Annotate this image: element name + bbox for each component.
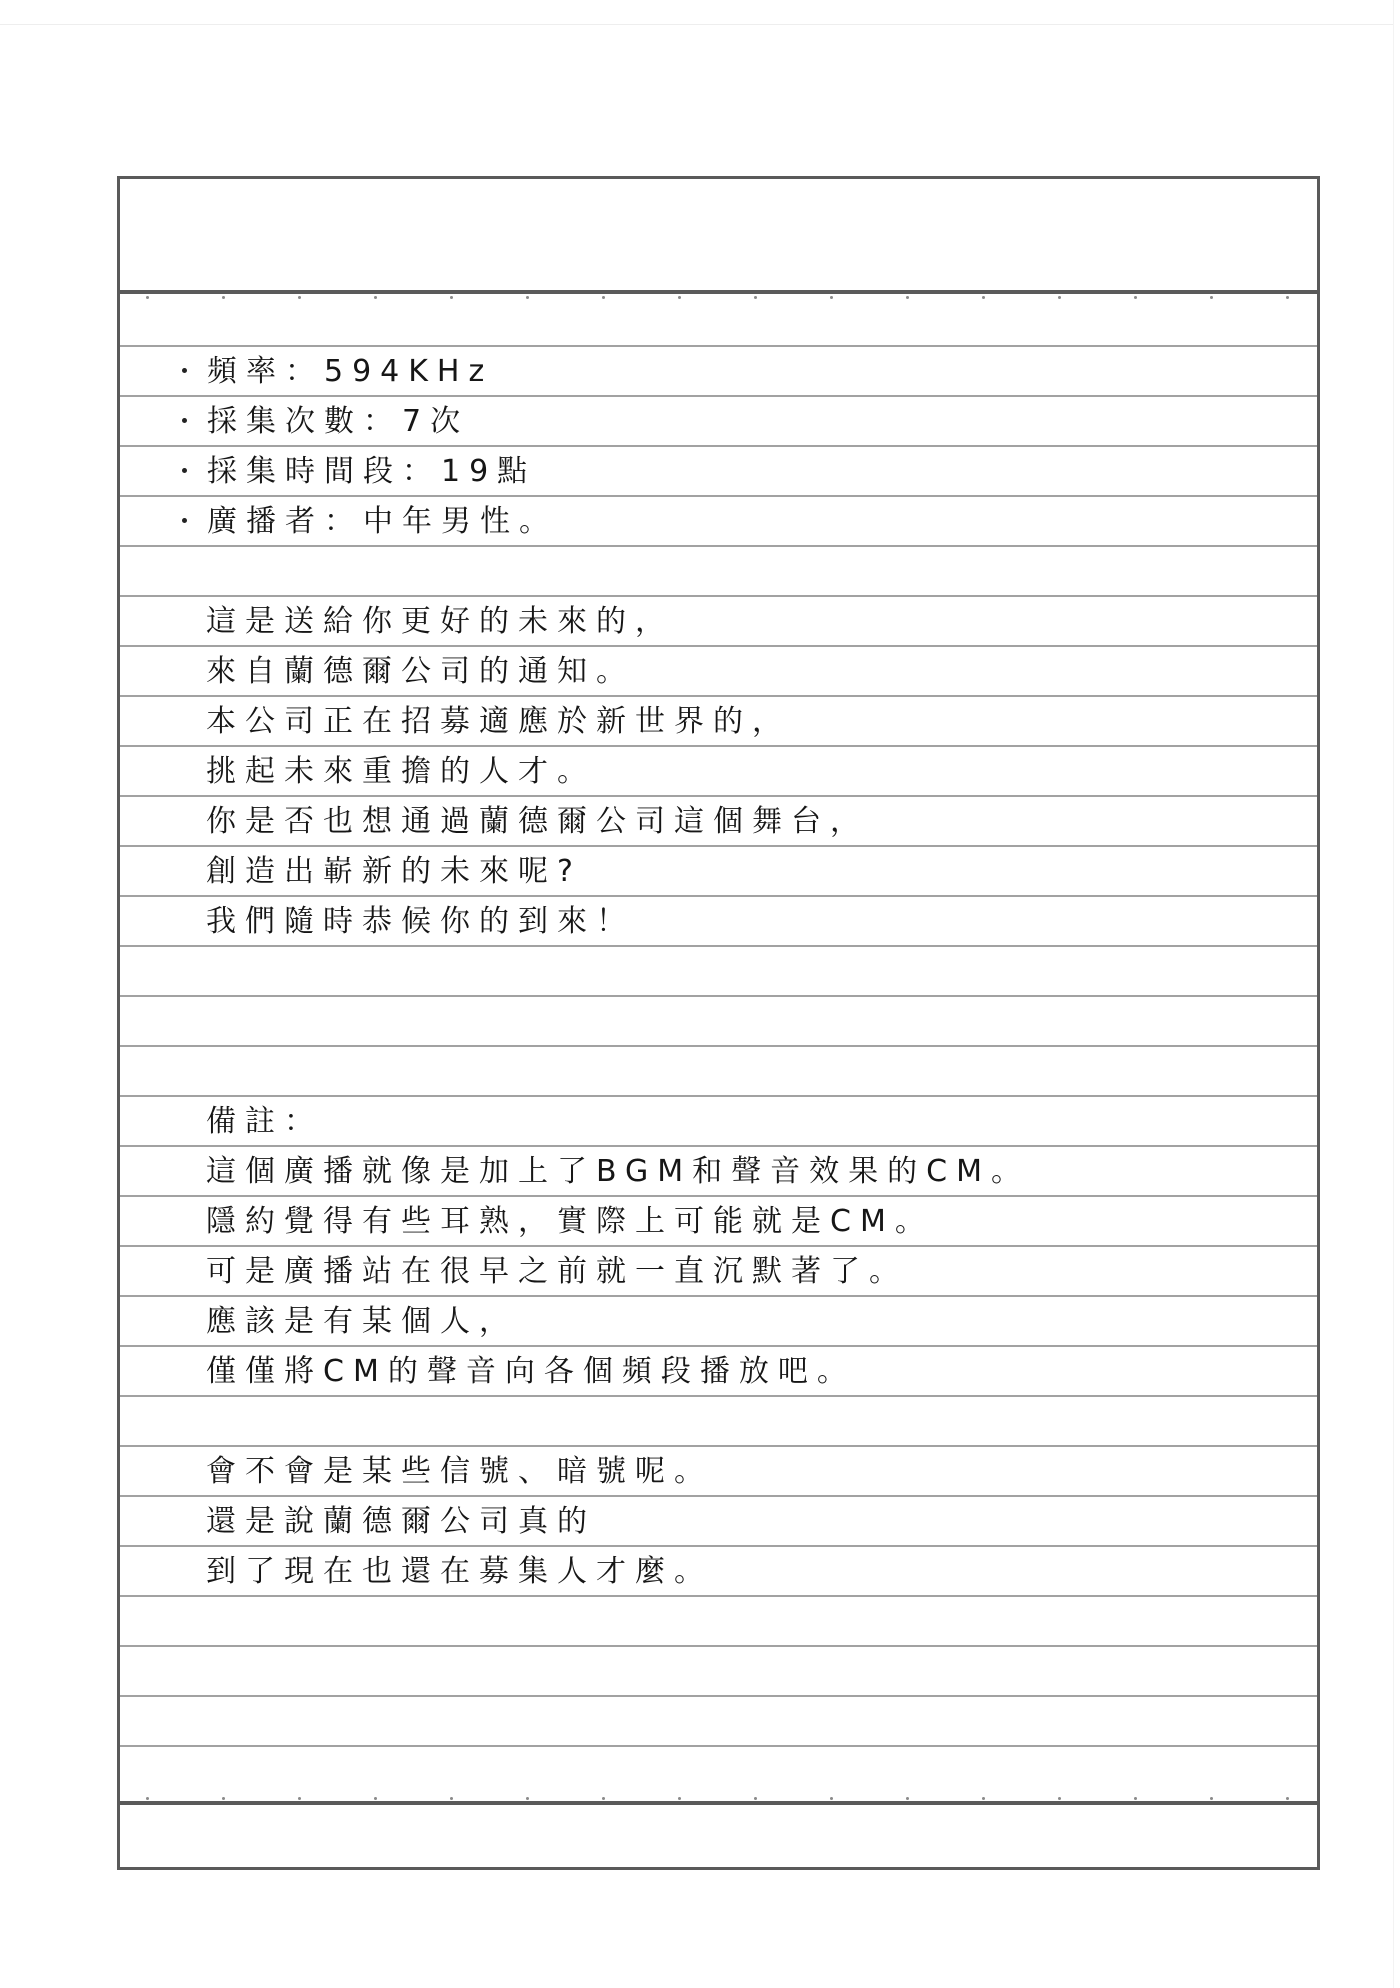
speculation-row: 會不會是某些信號、暗號呢。 bbox=[120, 1447, 1317, 1497]
tick-dot bbox=[602, 1797, 605, 1800]
ruled-row-empty bbox=[120, 547, 1317, 597]
notebook-page: 頻率：594KHz 採集次數：7次 採集時間段：19點 廣播者：中年男性。 這是… bbox=[117, 176, 1320, 1870]
tick-dot bbox=[1286, 1797, 1289, 1800]
ruled-row-empty bbox=[120, 1697, 1317, 1747]
tick-dot bbox=[1058, 1797, 1061, 1800]
ruled-row-empty bbox=[120, 1047, 1317, 1097]
tick-dot bbox=[830, 1797, 833, 1800]
speculation-row: 還是說蘭德爾公司真的 bbox=[120, 1497, 1317, 1547]
broadcast-row: 創造出嶄新的未來呢? bbox=[120, 847, 1317, 897]
broadcast-line: 本公司正在招募適應於新世界的， bbox=[206, 704, 791, 740]
info-row: 頻率：594KHz bbox=[120, 347, 1317, 397]
ruled-row-empty bbox=[120, 997, 1317, 1047]
speculation-line: 還是說蘭德爾公司真的 bbox=[206, 1504, 596, 1540]
notes-heading-row: 備註： bbox=[120, 1097, 1317, 1147]
tick-dot bbox=[450, 1797, 453, 1800]
notes-line: 這個廣播就像是加上了BGM和聲音效果的CM。 bbox=[206, 1154, 1030, 1190]
broadcast-line: 創造出嶄新的未來呢? bbox=[206, 854, 582, 890]
ruled-row-empty bbox=[120, 1397, 1317, 1447]
info-row: 採集次數：7次 bbox=[120, 397, 1317, 447]
tick-dot bbox=[146, 1797, 149, 1800]
broadcast-line: 我們隨時恭候你的到來！ bbox=[206, 904, 635, 940]
header-band bbox=[120, 179, 1317, 294]
speculation-line: 到了現在也還在募集人才麼。 bbox=[206, 1554, 713, 1590]
broadcast-row: 來自蘭德爾公司的通知。 bbox=[120, 647, 1317, 697]
bullet-icon bbox=[182, 468, 187, 473]
tick-dot bbox=[374, 1797, 377, 1800]
bullet-icon bbox=[182, 518, 187, 523]
notes-line: 僅僅將CM的聲音向各個頻段播放吧。 bbox=[206, 1354, 856, 1390]
notes-row: 僅僅將CM的聲音向各個頻段播放吧。 bbox=[120, 1347, 1317, 1397]
broadcast-line: 來自蘭德爾公司的通知。 bbox=[206, 654, 635, 690]
ruled-row-empty bbox=[120, 1647, 1317, 1697]
page-edge bbox=[1393, 0, 1394, 1988]
broadcast-row: 本公司正在招募適應於新世界的， bbox=[120, 697, 1317, 747]
info-row: 廣播者：中年男性。 bbox=[120, 497, 1317, 547]
broadcast-line: 挑起未來重擔的人才。 bbox=[206, 754, 596, 790]
info-row: 採集時間段：19點 bbox=[120, 447, 1317, 497]
broadcast-row: 我們隨時恭候你的到來！ bbox=[120, 897, 1317, 947]
tick-dot bbox=[982, 1797, 985, 1800]
info-broadcaster: 廣播者：中年男性。 bbox=[207, 504, 558, 539]
footer-band bbox=[120, 1801, 1317, 1867]
tick-dot bbox=[222, 1797, 225, 1800]
notes-line: 應該是有某個人， bbox=[206, 1304, 518, 1340]
ruled-rows: 頻率：594KHz 採集次數：7次 採集時間段：19點 廣播者：中年男性。 這是… bbox=[120, 297, 1317, 1797]
tick-dot bbox=[526, 1797, 529, 1800]
tick-dot bbox=[906, 1797, 909, 1800]
tick-dot bbox=[298, 1797, 301, 1800]
notes-line: 可是廣播站在很早之前就一直沉默著了。 bbox=[206, 1254, 908, 1290]
tick-dot bbox=[678, 1797, 681, 1800]
info-collection-count: 採集次數：7次 bbox=[207, 404, 469, 439]
speculation-row: 到了現在也還在募集人才麼。 bbox=[120, 1547, 1317, 1597]
notes-line: 隱約覺得有些耳熟，實際上可能就是CM。 bbox=[206, 1204, 934, 1240]
notes-heading: 備註： bbox=[206, 1104, 323, 1140]
ruled-row-empty bbox=[120, 947, 1317, 997]
notes-row: 應該是有某個人， bbox=[120, 1297, 1317, 1347]
info-collection-time: 採集時間段：19點 bbox=[207, 454, 536, 489]
broadcast-row: 挑起未來重擔的人才。 bbox=[120, 747, 1317, 797]
ruled-row-empty bbox=[120, 297, 1317, 347]
info-frequency: 頻率：594KHz bbox=[207, 354, 493, 389]
bullet-icon bbox=[182, 418, 187, 423]
notes-row: 隱約覺得有些耳熟，實際上可能就是CM。 bbox=[120, 1197, 1317, 1247]
tick-dot bbox=[754, 1797, 757, 1800]
broadcast-line: 這是送給你更好的未來的， bbox=[206, 604, 674, 640]
speculation-line: 會不會是某些信號、暗號呢。 bbox=[206, 1454, 713, 1490]
bullet-icon bbox=[182, 368, 187, 373]
ruled-row-empty bbox=[120, 1597, 1317, 1647]
broadcast-line: 你是否也想通過蘭德爾公司這個舞台， bbox=[206, 804, 869, 840]
broadcast-row: 你是否也想通過蘭德爾公司這個舞台， bbox=[120, 797, 1317, 847]
ruled-row-empty bbox=[120, 1747, 1317, 1797]
tick-dot bbox=[1210, 1797, 1213, 1800]
top-page-strip bbox=[0, 0, 1394, 25]
tick-dot bbox=[1134, 1797, 1137, 1800]
broadcast-row: 這是送給你更好的未來的， bbox=[120, 597, 1317, 647]
notes-row: 可是廣播站在很早之前就一直沉默著了。 bbox=[120, 1247, 1317, 1297]
notes-row: 這個廣播就像是加上了BGM和聲音效果的CM。 bbox=[120, 1147, 1317, 1197]
